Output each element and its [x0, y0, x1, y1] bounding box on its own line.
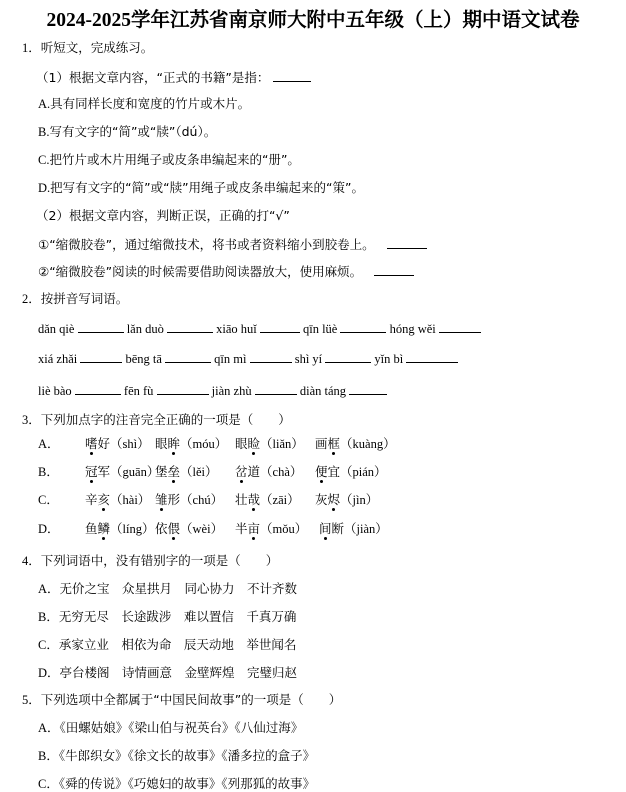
pinyin-row-3: liè bào fēn fù jiàn zhù diàn táng [38, 382, 387, 399]
answer-blank[interactable] [439, 320, 481, 333]
answer-blank[interactable] [75, 382, 121, 395]
answer-blank[interactable] [260, 320, 300, 333]
question-stem: 听短文，完成练习。 [41, 40, 154, 55]
question-1-sub-1: （1）根据文章内容，“正式的书籍”是指： [36, 69, 311, 86]
word-option: 眼睑（liǎn） [235, 436, 304, 452]
question-2: 2．按拼音写词语。 [22, 291, 128, 307]
answer-blank[interactable] [387, 236, 427, 249]
word-option: 壮哉（zāi） [235, 492, 300, 508]
answer-blank[interactable] [80, 350, 122, 363]
word-option: 便宜（pián） [315, 464, 387, 480]
question-number: 1． [22, 41, 41, 55]
pinyin-row-1: dǎn qiè lǎn duò xiāo huǐ qīn lüè hóng wě… [38, 320, 481, 337]
word-option: 堡垒（lěi） [155, 464, 218, 480]
question-4: 4．下列词语中，没有错别字的一项是（ ） [22, 553, 278, 569]
word-option: 岔道（chà） [235, 464, 302, 480]
option-b: B．《牛郎织女》《徐文长的故事》《潘多拉的盒子》 [38, 748, 315, 764]
judge-item-1: ①“缩微胶卷”，通过缩微技术，将书或者资料缩小到胶卷上。 [38, 236, 427, 253]
word-option: 灰烬（jìn） [315, 492, 378, 508]
answer-blank[interactable] [78, 320, 124, 333]
option-c: C.把竹片或木片用绳子或皮条串编起来的“册”。 [38, 152, 300, 168]
question-5: 5．下列选项中全都属于“中国民间故事”的一项是（ ） [22, 692, 341, 708]
answer-blank[interactable] [340, 320, 386, 333]
word-option: 嗜好（shì） [85, 436, 150, 452]
word-option: 辛亥（hài） [85, 492, 150, 508]
answer-blank[interactable] [325, 350, 371, 363]
answer-blank[interactable] [374, 263, 414, 276]
option-b: B.写有文字的“简”或“牍”（dú）。 [38, 124, 216, 140]
word-option: 依偎（wèi） [155, 521, 223, 537]
option-c: C．《舜的传说》《巧媳妇的故事》《列那狐的故事》 [38, 776, 315, 792]
word-option: 眼眸（móu） [155, 436, 227, 452]
judge-item-2: ②“缩微胶卷”阅读的时候需要借助阅读器放大，使用麻烦。 [38, 263, 414, 280]
question-3: 3．下列加点字的注音完全正确的一项是（ ） [22, 412, 291, 428]
option-c: C．承家立业 相依为命 辰天动地 举世闻名 [38, 637, 296, 653]
option-d: D.把写有文字的“简”或“牍”用绳子或皮条串编起来的“策”。 [38, 180, 364, 196]
answer-blank[interactable] [250, 350, 292, 363]
answer-blank[interactable] [349, 382, 387, 395]
option-d: D．亭台楼阁 诗情画意 金壁辉煌 完璧归赵 [38, 665, 297, 681]
answer-blank[interactable] [406, 350, 458, 363]
word-option: 鱼鳞（líng） [85, 521, 154, 537]
option-a: A.具有同样长度和宽度的竹片或木片。 [38, 96, 250, 112]
option-a: A．《田螺姑娘》《梁山伯与祝英台》《八仙过海》 [38, 720, 303, 736]
exam-title: 2024-2025学年江苏省南京师大附中五年级（上）期中语文试卷 [0, 4, 626, 32]
pinyin-row-2: xiá zhǎi bēng tā qīn mì shì yí yǐn bì [38, 350, 458, 367]
word-option: 半亩（mǒu） [235, 521, 307, 537]
option-b: B．无穷无尽 长途跋涉 难以置信 千真万确 [38, 609, 296, 625]
question-1: 1．听短文，完成练习。 [22, 40, 153, 56]
answer-blank[interactable] [255, 382, 297, 395]
word-option: 间断（jiàn） [319, 521, 388, 537]
word-option: 画框（kuàng） [315, 436, 396, 452]
question-1-sub-2: （2）根据文章内容，判断正误，正确的打“√” [36, 208, 290, 224]
answer-blank[interactable] [273, 69, 311, 82]
answer-blank[interactable] [165, 350, 211, 363]
sub-question-label: （1）根据文章内容，“正式的书籍”是指： [36, 70, 269, 85]
option-a: A．无价之宝 众星拱月 同心协力 不计齐数 [38, 581, 297, 597]
word-option: 雏形（chú） [155, 492, 223, 508]
answer-blank[interactable] [167, 320, 213, 333]
word-option: 冠军（guān） [85, 464, 159, 480]
answer-blank[interactable] [157, 382, 209, 395]
